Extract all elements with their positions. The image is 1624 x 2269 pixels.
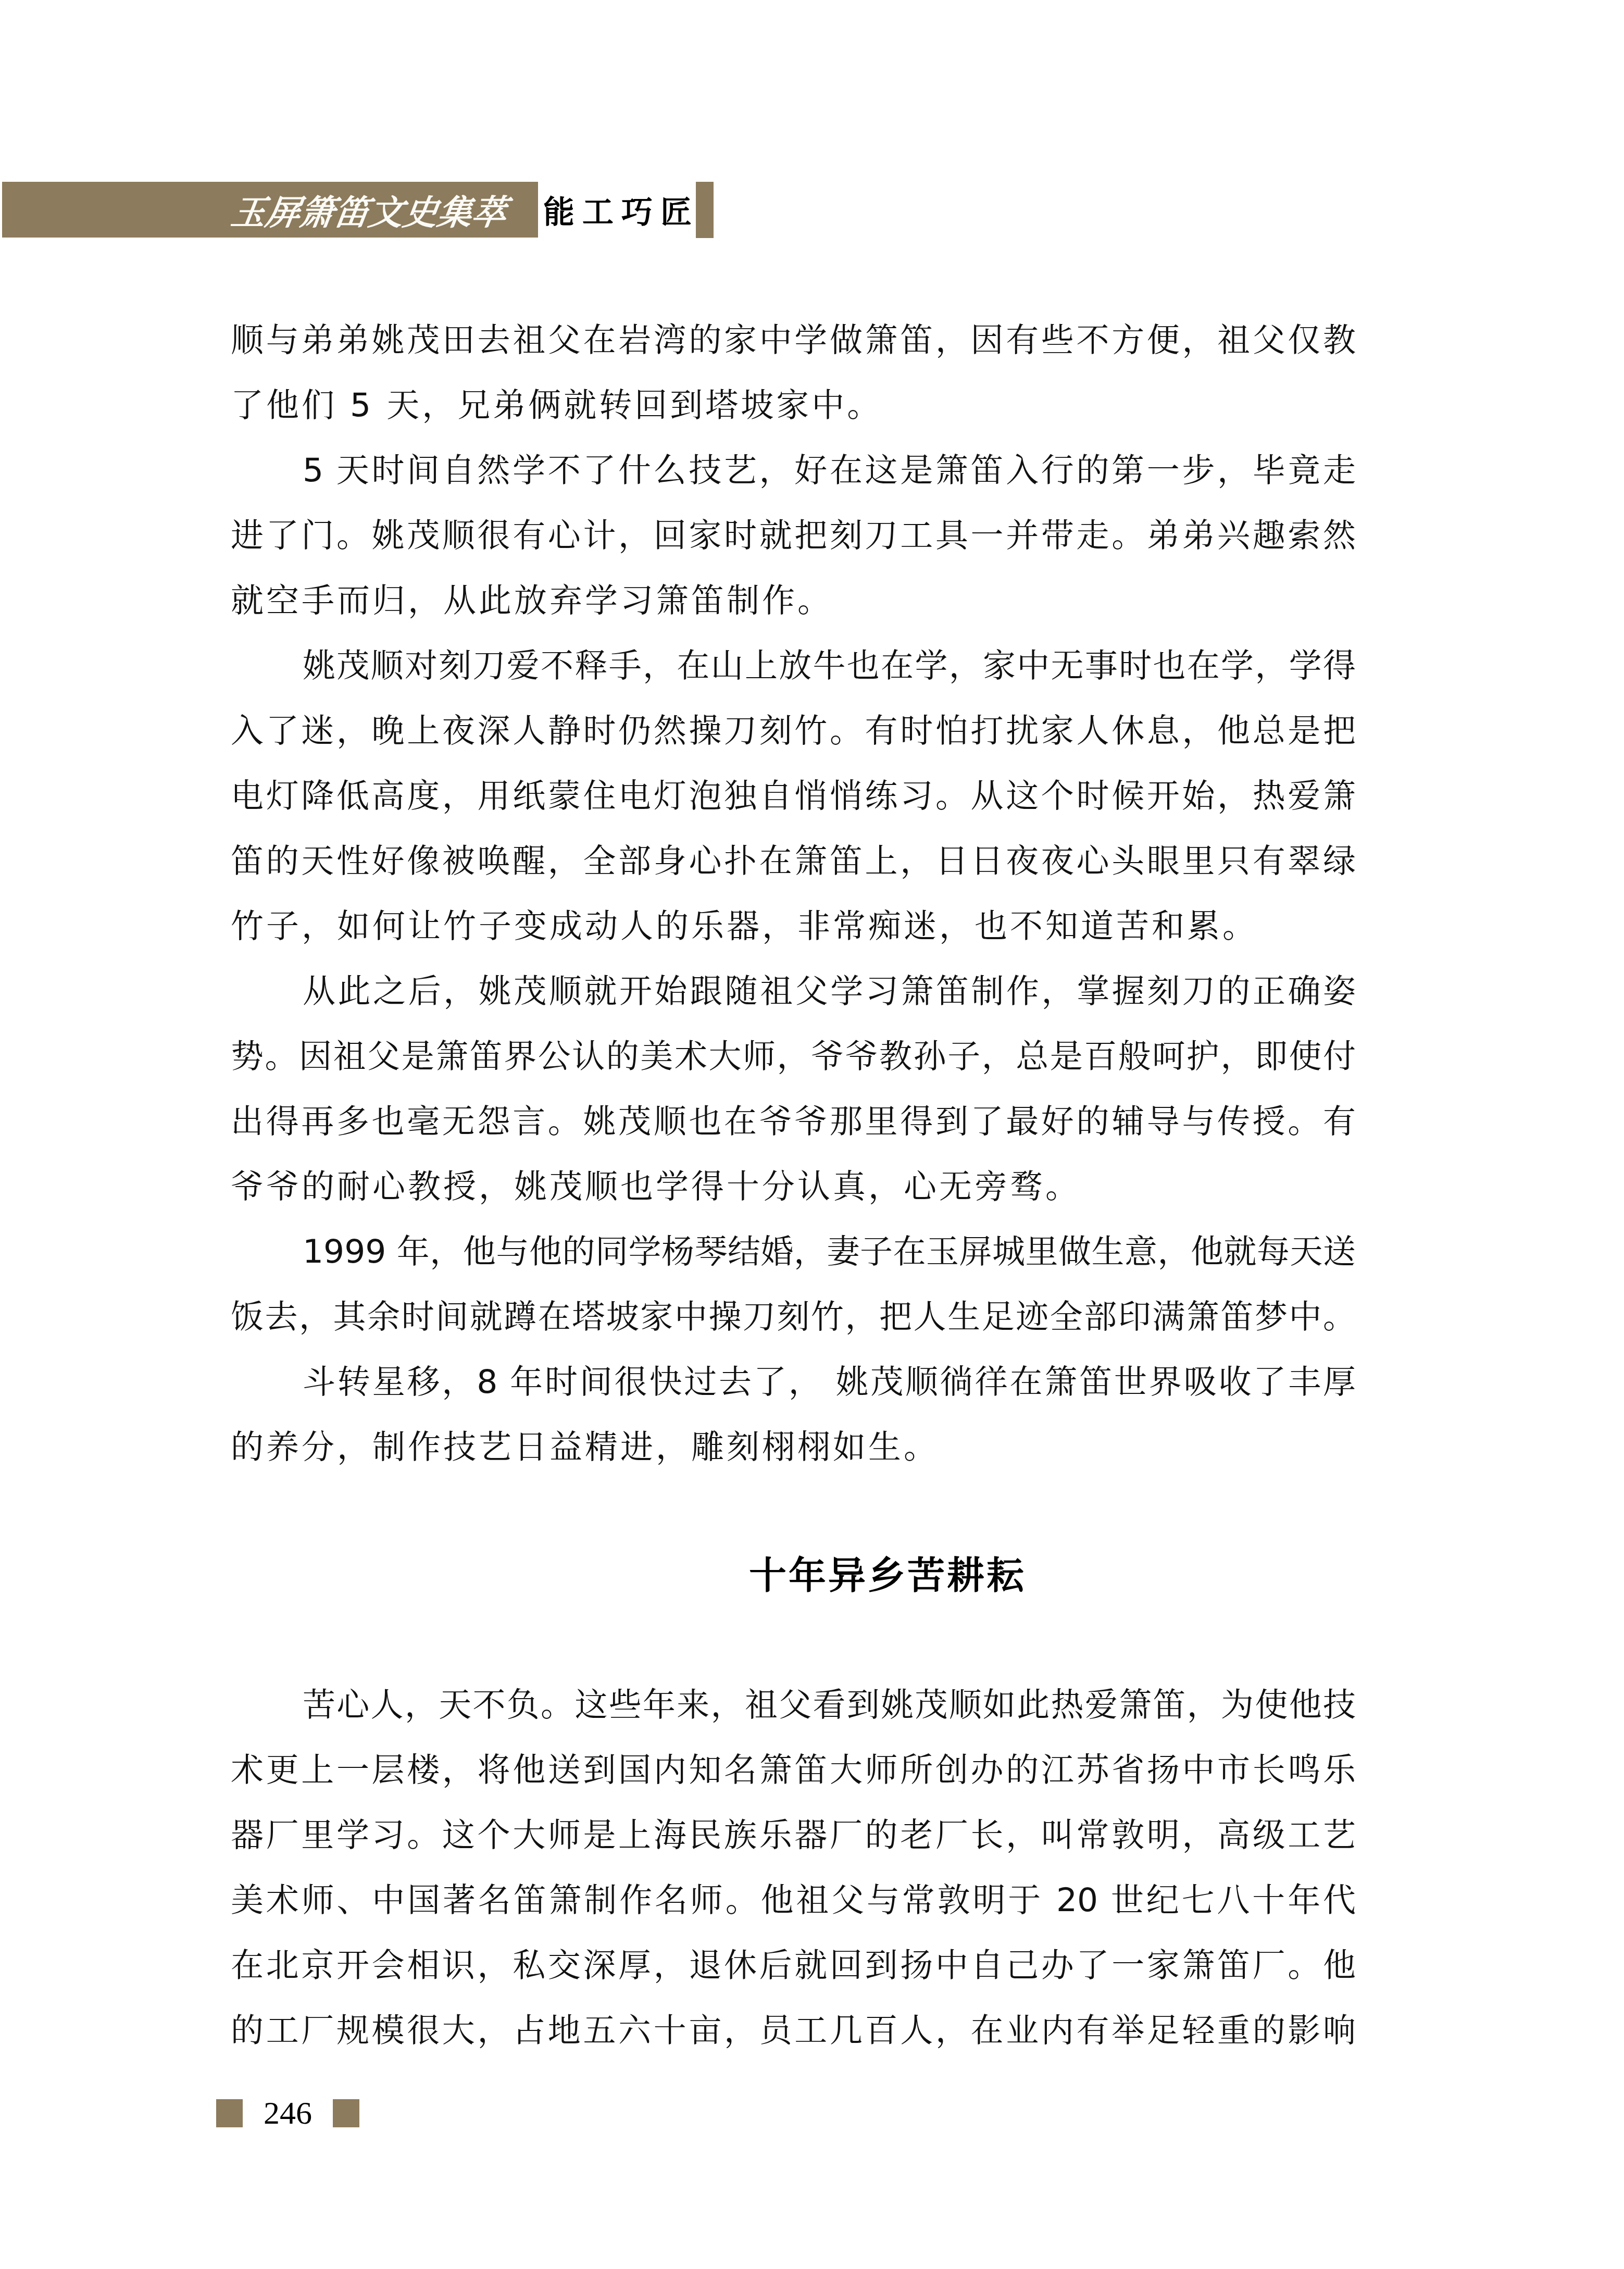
text-line: 出得再多也毫无怨言。姚茂顺也在爷爷那里得到了最好的辅导与传授。有 <box>231 1089 1356 1154</box>
text-line: 笛的天性好像被唤醒，全部身心扑在箫笛上，日日夜夜心头眼里只有翠绿 <box>231 828 1356 893</box>
section-title-char: 能 <box>543 188 574 232</box>
text-line: 5 天时间自然学不了什么技艺，好在这是箫笛入行的第一步，毕竟走 <box>231 438 1356 503</box>
text-line: 在北京开会相识，私交深厚，退休后就回到扬中自己办了一家箫笛厂。他 <box>231 1933 1356 1998</box>
text-line: 术更上一层楼，将他送到国内知名箫笛大师所创办的江苏省扬中市长鸣乐 <box>231 1737 1356 1802</box>
text-line: 苦心人，天不负。这些年来，祖父看到姚茂顺如此热爱箫笛，为使他技 <box>231 1672 1356 1737</box>
text-line: 饭去，其余时间就蹲在塔坡家中操刀刻竹，把人生足迹全部印满箫笛梦中。 <box>231 1284 1356 1349</box>
text-line: 势。因祖父是箫笛界公认的美术大师，爷爷教孙子，总是百般呵护，即使付 <box>231 1024 1356 1089</box>
text-line: 电灯降低高度，用纸蒙住电灯泡独自悄悄练习。从这个时候开始，热爱箫 <box>231 763 1356 828</box>
footer-square-left-icon <box>216 2099 243 2127</box>
section-title-char: 工 <box>582 188 614 232</box>
text-line: 的养分，制作技艺日益精进，雕刻栩栩如生。 <box>231 1414 1356 1479</box>
header-tab-marker <box>696 182 714 238</box>
page-number: 246 <box>264 2099 312 2127</box>
body-text-part2: 苦心人，天不负。这些年来，祖父看到姚茂顺如此热爱箫笛，为使他技 术更上一层楼，将… <box>231 1672 1356 2063</box>
section-heading: 十年异乡苦耕耘 <box>0 1543 1624 1608</box>
text-line: 器厂里学习。这个大师是上海民族乐器厂的老厂长，叫常敦明，高级工艺 <box>231 1802 1356 1867</box>
series-title-calligraphy: 玉 屏 箫 笛 文 史 集 萃 <box>228 182 506 238</box>
text-line: 爷爷的耐心教授，姚茂顺也学得十分认真，心无旁骛。 <box>231 1154 1356 1219</box>
text-line: 1999 年，他与他的同学杨琴结婚，妻子在玉屏城里做生意，他就每天送 <box>231 1219 1356 1284</box>
text-line: 姚茂顺对刻刀爱不释手，在山上放牛也在学，家中无事时也在学，学得 <box>231 633 1356 698</box>
page-footer: 246 <box>216 2099 359 2127</box>
series-title-char: 萃 <box>469 185 510 234</box>
text-line: 美术师、中国著名笛箫制作名师。他祖父与常敦明于 20 世纪七八十年代 <box>231 1867 1356 1933</box>
footer-square-right-icon <box>333 2099 359 2127</box>
body-text-part1: 顺与弟弟姚茂田去祖父在岩湾的家中学做箫笛，因有些不方便，祖父仅教 了他们 5 天… <box>231 307 1356 1479</box>
text-line: 竹子，如何让竹子变成动人的乐器，非常痴迷，也不知道苦和累。 <box>231 893 1356 958</box>
text-line: 顺与弟弟姚茂田去祖父在岩湾的家中学做箫笛，因有些不方便，祖父仅教 <box>231 307 1356 372</box>
section-title-char: 匠 <box>660 188 692 232</box>
section-title-char: 巧 <box>621 188 653 232</box>
text-line: 的工厂规模很大，占地五六十亩，员工几百人，在业内有举足轻重的影响 <box>231 1998 1356 2063</box>
text-line: 入了迷，晚上夜深人静时仍然操刀刻竹。有时怕打扰家人休息，他总是把 <box>231 698 1356 763</box>
text-line: 从此之后，姚茂顺就开始跟随祖父学习箫笛制作，掌握刻刀的正确姿 <box>231 958 1356 1024</box>
text-line: 就空手而归，从此放弃学习箫笛制作。 <box>231 568 1356 633</box>
section-title: 能 工 巧 匠 <box>543 182 692 238</box>
text-line: 了他们 5 天，兄弟俩就转回到塔坡家中。 <box>231 372 1356 438</box>
text-line: 进了门。姚茂顺很有心计，回家时就把刻刀工具一并带走。弟弟兴趣索然 <box>231 503 1356 568</box>
text-line: 斗转星移，8 年时间很快过去了， 姚茂顺徜徉在箫笛世界吸收了丰厚 <box>231 1349 1356 1414</box>
